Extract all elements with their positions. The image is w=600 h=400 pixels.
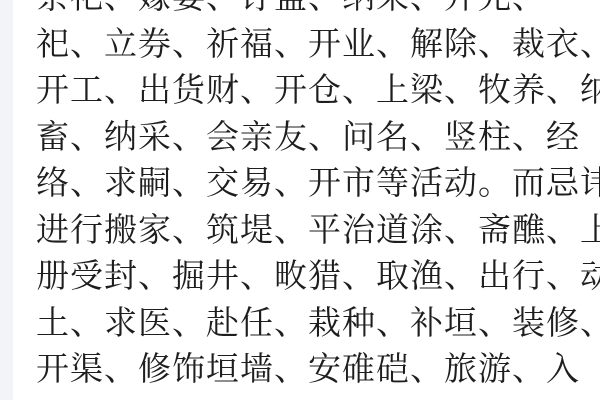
text-line: 络、求嗣、交易、开市等活动。而忌讳 <box>36 160 596 207</box>
text-line: 开工、出货财、开仓、上梁、牧养、纳 <box>36 67 596 114</box>
text-line: 土、求医、赴任、栽种、补垣、装修、 <box>36 300 596 347</box>
text-line: 畜、纳采、会亲友、问名、竖柱、经 <box>36 114 596 161</box>
document-page: 祭祀、嫁娶、订盟、纳采、开光、 祀、立券、祈福、开业、解除、裁衣、 开工、出货财… <box>0 0 600 400</box>
text-line: 进行搬家、筑堤、平治道涂、斋醮、上 <box>36 207 596 254</box>
left-gutter <box>0 0 13 400</box>
text-line-partial-top: 祭祀、嫁娶、订盟、纳采、开光、 <box>36 0 596 21</box>
text-line: 册受封、掘井、畋猎、取渔、出行、动 <box>36 253 596 300</box>
text-line-partial-bottom: 开渠、修饰垣墙、安碓硙、旅游、入 <box>36 346 596 393</box>
text-line: 祀、立券、祈福、开业、解除、裁衣、 <box>36 21 596 68</box>
article-body: 祭祀、嫁娶、订盟、纳采、开光、 祀、立券、祈福、开业、解除、裁衣、 开工、出货财… <box>36 0 596 393</box>
